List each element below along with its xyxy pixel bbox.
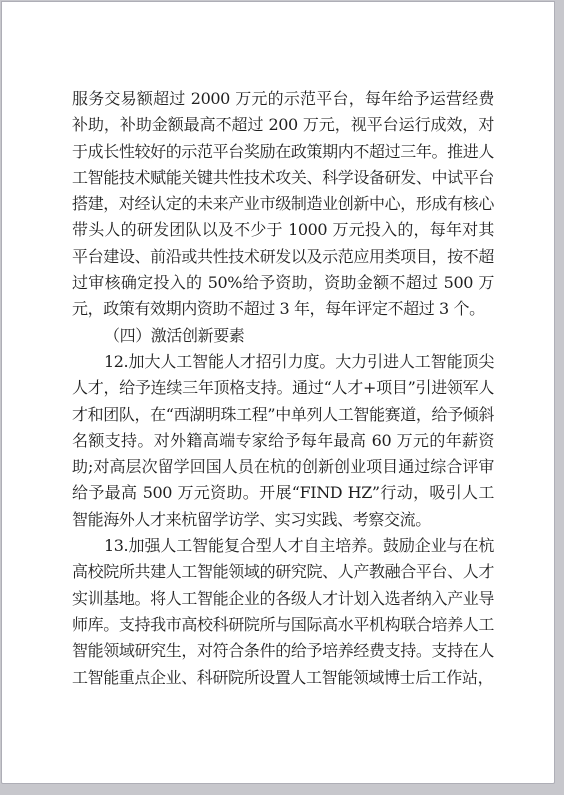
paragraph-continuation: 服务交易额超过 2000 万元的示范平台，每年给予运营经费补助，补助金额最高不超… [72,86,494,323]
paragraph-item-12: 12.加大人工智能人才招引力度。大力引进人工智能顶尖人才，给予连续三年顶格支持。… [72,349,494,533]
paragraph-item-13: 13.加强人工智能复合型人才自主培养。鼓励企业与在杭高校院所共建人工智能领域的研… [72,533,494,691]
document-text-block: 服务交易额超过 2000 万元的示范平台，每年给予运营经费补助，补助金额最高不超… [72,86,494,691]
document-page: 服务交易额超过 2000 万元的示范平台，每年给予运营经费补助，补助金额最高不超… [1,1,555,784]
section-heading-four: （四）激活创新要素 [72,323,494,349]
